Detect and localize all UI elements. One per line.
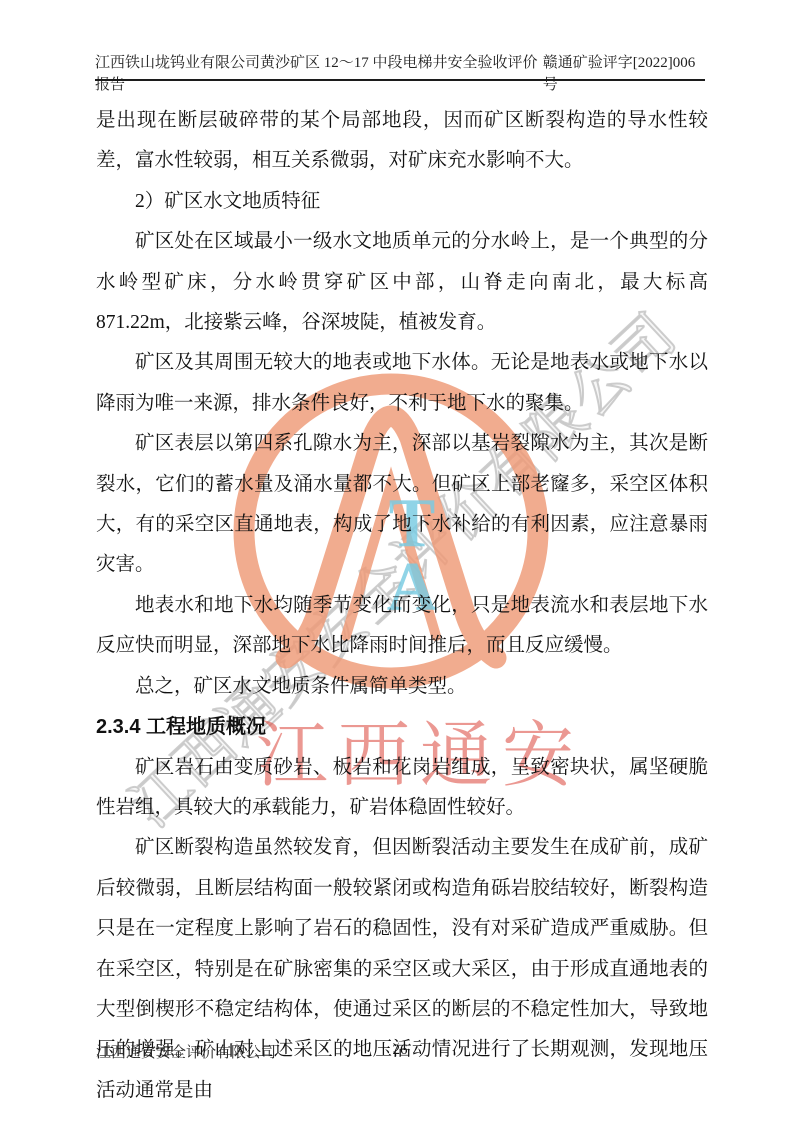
paragraph: 矿区处在区域最小一级水文地质单元的分水岭上，是一个典型的分水岭型矿床，分水岭贯穿… — [96, 222, 708, 343]
header-rule — [95, 79, 705, 81]
header-doc-number: 赣通矿验评字[2022]006 号 — [543, 52, 705, 96]
section-heading: 2.3.4 工程地质概况 — [96, 707, 708, 747]
footer-page-number: 26 — [0, 1042, 800, 1059]
document-page: 江西铁山垅钨业有限公司黄沙矿区 12～17 中段电梯井安全验收评价报告 赣通矿验… — [0, 0, 800, 1131]
paragraph: 矿区断裂构造虽然较发育，但因断裂活动主要发生在成矿前，成矿后较微弱，且断层结构面… — [96, 828, 708, 1111]
paragraph: 矿区岩石由变质砂岩、板岩和花岗岩组成，呈致密块状，属坚硬脆性岩组，具较大的承载能… — [96, 748, 708, 829]
paragraph: 地表水和地下水均随季节变化而变化，只是地表流水和表层地下水反应快而明显，深部地下… — [96, 586, 708, 667]
paragraph: 是出现在断层破碎带的某个局部地段，因而矿区断裂构造的导水性较差，富水性较弱，相互… — [96, 101, 708, 182]
paragraph: 矿区表层以第四系孔隙水为主，深部以基岩裂隙水为主，其次是断裂水，它们的蓄水量及涌… — [96, 424, 708, 586]
list-item-heading: 2）矿区水文地质特征 — [96, 182, 708, 222]
paragraph: 总之，矿区水文地质条件属简单类型。 — [96, 667, 708, 707]
header-report-title: 江西铁山垅钨业有限公司黄沙矿区 12～17 中段电梯井安全验收评价报告 — [95, 52, 543, 96]
document-body: 是出现在断层破碎带的某个局部地段，因而矿区断裂构造的导水性较差，富水性较弱，相互… — [96, 101, 708, 1111]
page-header: 江西铁山垅钨业有限公司黄沙矿区 12～17 中段电梯井安全验收评价报告 赣通矿验… — [95, 52, 705, 96]
paragraph: 矿区及其周围无较大的地表或地下水体。无论是地表水或地下水以降雨为唯一来源，排水条… — [96, 343, 708, 424]
